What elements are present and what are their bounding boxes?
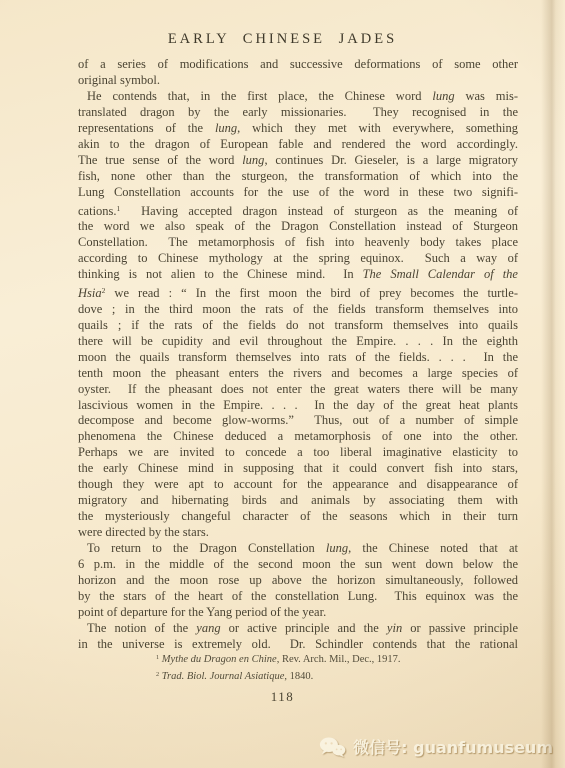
text-line: The true sense of the word lung, continu… — [78, 153, 518, 169]
text-line: Lung Constellation accounts for the use … — [78, 185, 518, 201]
text-segment: lung — [326, 541, 348, 555]
text-line: phenomena the Chinese deduced a metamorp… — [78, 429, 518, 445]
text-segment: The true sense of the word — [78, 153, 242, 167]
text-segment: the word we also speak of the Dragon Con… — [78, 219, 518, 233]
text-line: dove ; in the third moon the rats of the… — [78, 302, 518, 318]
watermark: 微信号: guanfumuseum — [319, 735, 553, 758]
text-segment: yin — [387, 621, 402, 635]
text-segment: phenomena the Chinese deduced a metamorp… — [78, 429, 518, 443]
text-line: tenth moon the pheasant enters the river… — [78, 366, 518, 382]
text-segment: were directed by the stars. — [78, 525, 209, 539]
text-segment: Hsia — [78, 286, 102, 300]
text-segment: by the stars of the heart of the constel… — [78, 589, 518, 603]
page-number: 118 — [0, 689, 565, 705]
text-segment: Lung Constellation accounts for the use … — [78, 185, 518, 199]
text-line: 1 Mythe du Dragon en Chine, Rev. Arch. M… — [156, 651, 518, 668]
text-line: akin to the dragon of European fable and… — [78, 137, 518, 153]
text-segment: , the Chinese noted that at — [348, 541, 518, 555]
text-segment: quails ; if the rats of the fields do no… — [78, 318, 518, 332]
text-line: Perhaps we are invited to concede a too … — [78, 445, 518, 461]
text-segment: tenth moon the pheasant enters the river… — [78, 366, 518, 380]
text-segment: decompose and become glow-worms.” Thus, … — [78, 413, 518, 427]
text-segment: Having accepted dragon instead of sturge… — [120, 203, 518, 217]
text-line: representations of the lung, which they … — [78, 121, 518, 137]
text-segment: thinking is not alien to the Chinese min… — [78, 267, 363, 281]
text-segment: lascivious women in the Empire. . . . In… — [78, 398, 518, 412]
footnotes: 1 Mythe du Dragon en Chine, Rev. Arch. M… — [156, 651, 518, 684]
text-line: cations.1 Having accepted dragon instead… — [78, 201, 518, 220]
text-line: oyster. If the pheasant does not enter t… — [78, 382, 518, 398]
text-segment: or passive principle — [402, 621, 518, 635]
text-line: Constellation. The metamorphosis of fish… — [78, 235, 518, 251]
text-segment: there will be cupidity and evil througho… — [78, 334, 518, 348]
text-line: horizon and the moon rose up above the h… — [78, 573, 518, 589]
text-line: there will be cupidity and evil througho… — [78, 334, 518, 350]
text-segment: Perhaps we are invited to concede a too … — [78, 445, 518, 459]
text-line: according to Chinese mythology at the sp… — [78, 251, 518, 267]
text-segment: fish, none other than the sturgeon, the … — [78, 169, 518, 183]
text-segment: the early Chinese mind in supposing that… — [78, 461, 518, 475]
text-segment: lung — [242, 153, 264, 167]
text-segment: representations of the — [78, 121, 215, 135]
text-line: the early Chinese mind in supposing that… — [78, 461, 518, 477]
text-segment: original symbol. — [78, 73, 160, 87]
text-line: of a series of modifications and success… — [78, 57, 518, 73]
text-segment: or active principle and the — [221, 621, 387, 635]
text-line: moon the quails transform themselves int… — [78, 350, 518, 366]
text-segment: , 1840. — [284, 671, 313, 682]
text-line: To return to the Dragon Constellation lu… — [78, 541, 518, 557]
text-segment: was mis- — [455, 89, 518, 103]
text-segment: oyster. If the pheasant does not enter t… — [78, 382, 518, 396]
text-segment: He contends that, in the first place, th… — [87, 89, 432, 103]
text-segment: Mythe du Dragon en Chine — [162, 654, 277, 665]
text-line: original symbol. — [78, 73, 518, 89]
text-segment: The Small Calendar of the — [363, 267, 518, 281]
text-segment: , Rev. Arch. Mil., Dec., 1917. — [277, 654, 401, 665]
text-segment: yang — [196, 621, 220, 635]
text-segment: horizon and the moon rose up above the h… — [78, 573, 518, 587]
text-segment: moon the quails transform themselves int… — [78, 350, 518, 364]
text-segment: , continues Dr. Gieseler, is a large mig… — [264, 153, 518, 167]
text-line: thinking is not alien to the Chinese min… — [78, 267, 518, 283]
text-line: point of departure for the Yang period o… — [78, 605, 518, 621]
text-line: decompose and become glow-worms.” Thus, … — [78, 413, 518, 429]
text-segment: in the universe is extremely old. Dr. Sc… — [78, 637, 518, 651]
text-line: migratory and hibernating birds and anim… — [78, 493, 518, 509]
text-segment: point of departure for the Yang period o… — [78, 605, 326, 619]
book-page: EARLY CHINESE JADES of a series of modif… — [0, 0, 565, 768]
text-segment: migratory and hibernating birds and anim… — [78, 493, 518, 507]
text-segment: , which they met with everywhere, someth… — [237, 121, 518, 135]
text-line: The notion of the yang or active princip… — [78, 621, 518, 637]
page-title: EARLY CHINESE JADES — [0, 31, 565, 48]
text-segment: lung — [215, 121, 237, 135]
text-segment: lung — [432, 89, 454, 103]
body-text: of a series of modifications and success… — [78, 57, 518, 653]
text-segment: cations. — [78, 203, 117, 217]
text-segment: according to Chinese mythology at the sp… — [78, 251, 518, 265]
text-line: quails ; if the rats of the fields do no… — [78, 318, 518, 334]
text-segment: of a series of modifications and success… — [78, 57, 518, 71]
text-line: 6 p.m. in the middle of the second moon … — [78, 557, 518, 573]
text-segment: dove ; in the third moon the rats of the… — [78, 302, 518, 316]
text-line: He contends that, in the first place, th… — [78, 89, 518, 105]
text-line: the mysteriously changeful character of … — [78, 509, 518, 525]
watermark-label: 微信号: guanfumuseum — [353, 735, 553, 758]
wechat-icon — [319, 736, 346, 758]
text-line: fish, none other than the sturgeon, the … — [78, 169, 518, 185]
page-edge-shadow — [541, 0, 565, 768]
text-line: though they were apt to account for the … — [78, 477, 518, 493]
text-segment: though they were apt to account for the … — [78, 477, 518, 491]
text-line: translated dragon by the early missionar… — [78, 105, 518, 121]
text-line: 2 Trad. Biol. Journal Asiatique, 1840. — [156, 668, 518, 685]
text-segment: translated dragon by the early missionar… — [78, 105, 518, 119]
text-segment: we read : “ In the first moon the bird o… — [105, 286, 518, 300]
text-line: lascivious women in the Empire. . . . In… — [78, 398, 518, 414]
text-segment: Constellation. The metamorphosis of fish… — [78, 235, 518, 249]
text-segment: To return to the Dragon Constellation — [87, 541, 326, 555]
text-segment: 6 p.m. in the middle of the second moon … — [78, 557, 518, 571]
text-segment: Trad. Biol. Journal Asiatique — [162, 671, 285, 682]
text-line: the word we also speak of the Dragon Con… — [78, 219, 518, 235]
text-line: Hsia2 we read : “ In the first moon the … — [78, 283, 518, 302]
text-segment: the mysteriously changeful character of … — [78, 509, 518, 523]
text-line: by the stars of the heart of the constel… — [78, 589, 518, 605]
text-segment: akin to the dragon of European fable and… — [78, 137, 518, 151]
text-segment: The notion of the — [87, 621, 196, 635]
text-line: were directed by the stars. — [78, 525, 518, 541]
